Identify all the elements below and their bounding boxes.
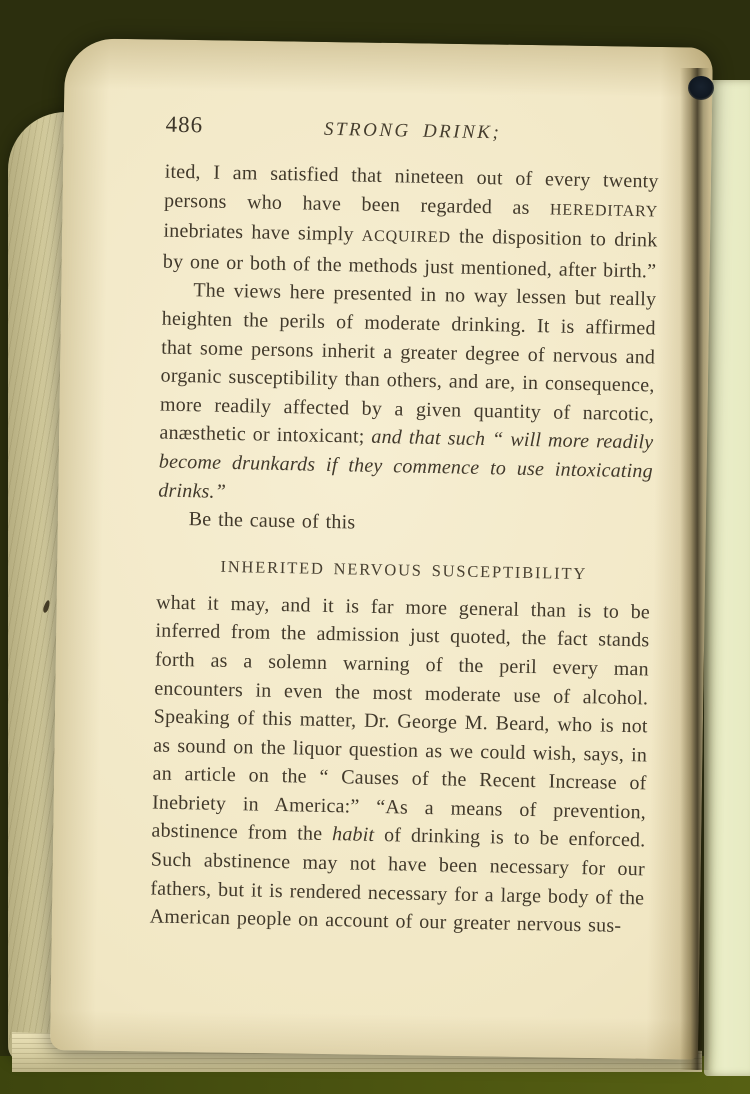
book-page: 486 STRONG DRINK; ited, I am satisfied t… (50, 38, 713, 1060)
book-gutter-shadow (680, 68, 710, 1070)
running-header: STRONG DRINK; (229, 117, 595, 146)
book-photograph: 486 STRONG DRINK; ited, I am satisfied t… (0, 0, 750, 1094)
text-run: The views here presented in no way lesse… (159, 280, 656, 449)
text-run-smallcaps: ACQUIRED (362, 228, 451, 247)
text-run: inebriates have simply (163, 220, 362, 246)
page-number: 486 (165, 112, 230, 139)
page-header: 486 STRONG DRINK; (165, 112, 659, 148)
page-content: 486 STRONG DRINK; ited, I am satisfied t… (149, 112, 659, 942)
text-run-smallcaps: HEREDITARY (550, 201, 658, 220)
text-run-italic: habit (332, 824, 375, 847)
body-paragraph-4: what it may, and it is far more general … (149, 588, 650, 941)
text-run: Be the cause of this (189, 508, 356, 533)
body-paragraph-2: The views here presented in no way lesse… (158, 276, 656, 515)
gutter-top-shadow (688, 76, 714, 100)
text-run: what it may, and it is far more general … (151, 591, 650, 845)
section-heading: INHERITED NERVOUS SUSCEPTIBILITY (157, 555, 651, 585)
fore-edge-mark (42, 600, 51, 614)
body-paragraph-1: ited, I am satisfied that nineteen out o… (163, 158, 659, 286)
header-spacer (595, 140, 659, 141)
facing-page-edge (704, 80, 750, 1076)
